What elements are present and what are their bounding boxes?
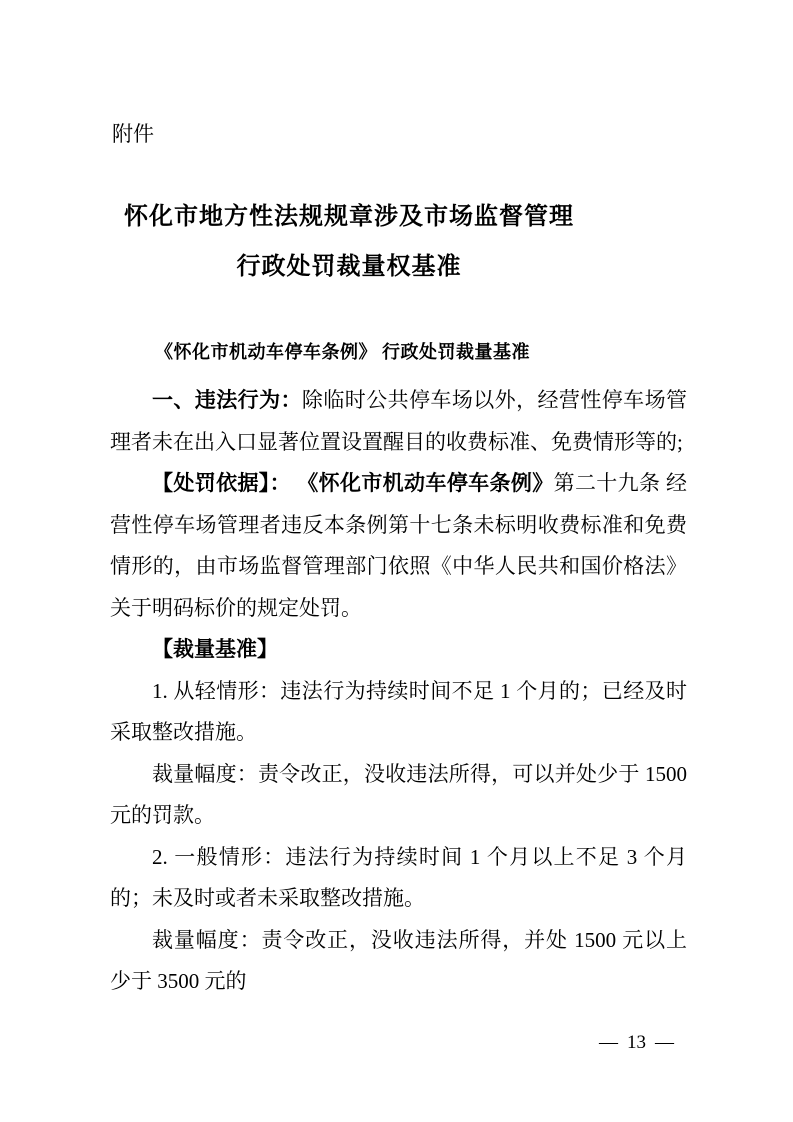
page-number-left-dash: — [599, 1030, 618, 1056]
page-footer: —13— [590, 1030, 683, 1056]
paragraph-general-case: 2. 一般情形：违法行为持续时间 1 个月以上不足 3 个月的；未及时或者未采取… [110, 837, 687, 920]
paragraph-general-range: 裁量幅度：责令改正，没收违法所得，并处 1500 元以上少于 3500 元的 [110, 920, 687, 1003]
paragraph-lenient-case: 1. 从轻情形：违法行为持续时间不足 1 个月的；已经及时采取整改措施。 [110, 671, 687, 754]
title-line-2: 行政处罚裁量权基准 [110, 242, 588, 292]
paragraph-lenient-range: 裁量幅度：责令改正，没收违法所得，可以并处少于 1500 元的罚款。 [110, 754, 687, 837]
general-range-text: 裁量幅度：责令改正，没收违法所得，并处 1500 元以上少于 3500 元的 [110, 928, 687, 994]
section-heading: 《怀化市机动车停车条例》 行政处罚裁量基准 [110, 337, 687, 367]
title-line-1: 怀化市地方性法规规章涉及市场监督管理 [110, 192, 588, 242]
lenient-range-text: 裁量幅度：责令改正，没收违法所得，可以并处少于 1500 元的罚款。 [110, 762, 687, 828]
page-number: 13 [627, 1032, 646, 1053]
discretion-standard-label: 【裁量基准】 [152, 638, 278, 661]
page-number-right-dash: — [655, 1030, 674, 1056]
attachment-label: 附件 [112, 121, 154, 149]
general-case-text: 2. 一般情形：违法行为持续时间 1 个月以上不足 3 个月的；未及时或者未采取… [110, 845, 687, 911]
document-page: 附件 怀化市地方性法规规章涉及市场监督管理 行政处罚裁量权基准 《怀化市机动车停… [0, 0, 793, 1122]
document-body: 一、违法行为：除临时公共停车场以外，经营性停车场管理者未在出入口显著位置设置醒目… [110, 380, 687, 1003]
paragraph-discretion-standard-heading: 【裁量基准】 [110, 629, 687, 671]
paragraph-penalty-basis: 【处罚依据】： 《怀化市机动车停车条例》第二十九条 经营性停车场管理者违反本条例… [110, 463, 687, 629]
document-title: 怀化市地方性法规规章涉及市场监督管理 行政处罚裁量权基准 [110, 192, 588, 292]
lenient-case-text: 1. 从轻情形：违法行为持续时间不足 1 个月的；已经及时采取整改措施。 [110, 679, 687, 745]
penalty-basis-label: 【处罚依据】： 《怀化市机动车停车条例》 [152, 472, 554, 495]
violation-behavior-label: 一、违法行为： [152, 389, 302, 412]
paragraph-violation-behavior: 一、违法行为：除临时公共停车场以外，经营性停车场管理者未在出入口显著位置设置醒目… [110, 380, 687, 463]
